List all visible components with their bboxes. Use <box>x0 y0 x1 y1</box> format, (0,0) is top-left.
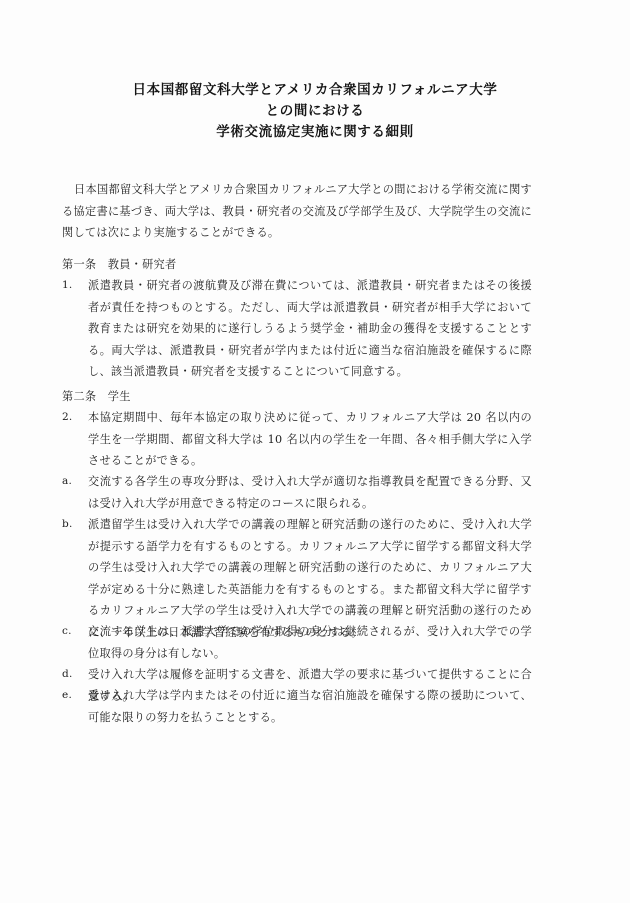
title-line-2: との間における <box>60 101 570 122</box>
item-marker: 1. <box>62 275 86 297</box>
article-2-item-a: a. 交流する各学生の専攻分野は、受け入れ大学が適切な指導教員を配置できる分野、… <box>62 471 532 514</box>
article-1-heading: 第一条 教員・研究者 <box>62 254 176 276</box>
item-marker: 2. <box>62 407 86 429</box>
item-text: 本協定期間中、毎年本協定の取り決めに従って、カリフォルニア大学は 20 名以内の… <box>88 407 532 472</box>
item-marker: b. <box>62 514 86 536</box>
item-text: 交流する学生は、派遣大学での学位取得の身分は継続されるが、受け入れ大学での学位取… <box>88 621 532 664</box>
item-marker: a. <box>62 471 86 493</box>
item-marker: c. <box>62 621 86 643</box>
item-text: 派遣教員・研究者の渡航費及び滞在費については、派遣教員・研究者またはその後援者が… <box>88 275 532 383</box>
title-line-1: 日本国都留文科大学とアメリカ合衆国カリフォルニア大学 <box>60 80 570 101</box>
document-title: 日本国都留文科大学とアメリカ合衆国カリフォルニア大学 との間における 学術交流協… <box>60 80 570 143</box>
document-page: 日本国都留文科大学とアメリカ合衆国カリフォルニア大学 との間における 学術交流協… <box>0 0 630 903</box>
title-line-3: 学術交流協定実施に関する細則 <box>60 122 570 143</box>
article-2-heading: 第二条 学生 <box>62 386 131 408</box>
item-marker: e. <box>62 685 86 707</box>
item-text: 受け入れ大学は学内またはその付近に適当な宿泊施設を確保する際の援助について、可能… <box>88 685 532 728</box>
article-2-item-e: e. 受け入れ大学は学内またはその付近に適当な宿泊施設を確保する際の援助について… <box>62 685 532 728</box>
article-2-item-c: c. 交流する学生は、派遣大学での学位取得の身分は継続されるが、受け入れ大学での… <box>62 621 532 664</box>
article-2-item-2: 2. 本協定期間中、毎年本協定の取り決めに従って、カリフォルニア大学は 20 名… <box>62 407 532 472</box>
article-1-item-1: 1. 派遣教員・研究者の渡航費及び滞在費については、派遣教員・研究者またはその後… <box>62 275 532 383</box>
item-text: 交流する各学生の専攻分野は、受け入れ大学が適切な指導教員を配置できる分野、又は受… <box>88 471 532 514</box>
intro-paragraph: 日本国都留文科大学とアメリカ合衆国カリフォルニア大学との間における学術交流に関す… <box>62 179 532 244</box>
item-marker: d. <box>62 664 86 686</box>
